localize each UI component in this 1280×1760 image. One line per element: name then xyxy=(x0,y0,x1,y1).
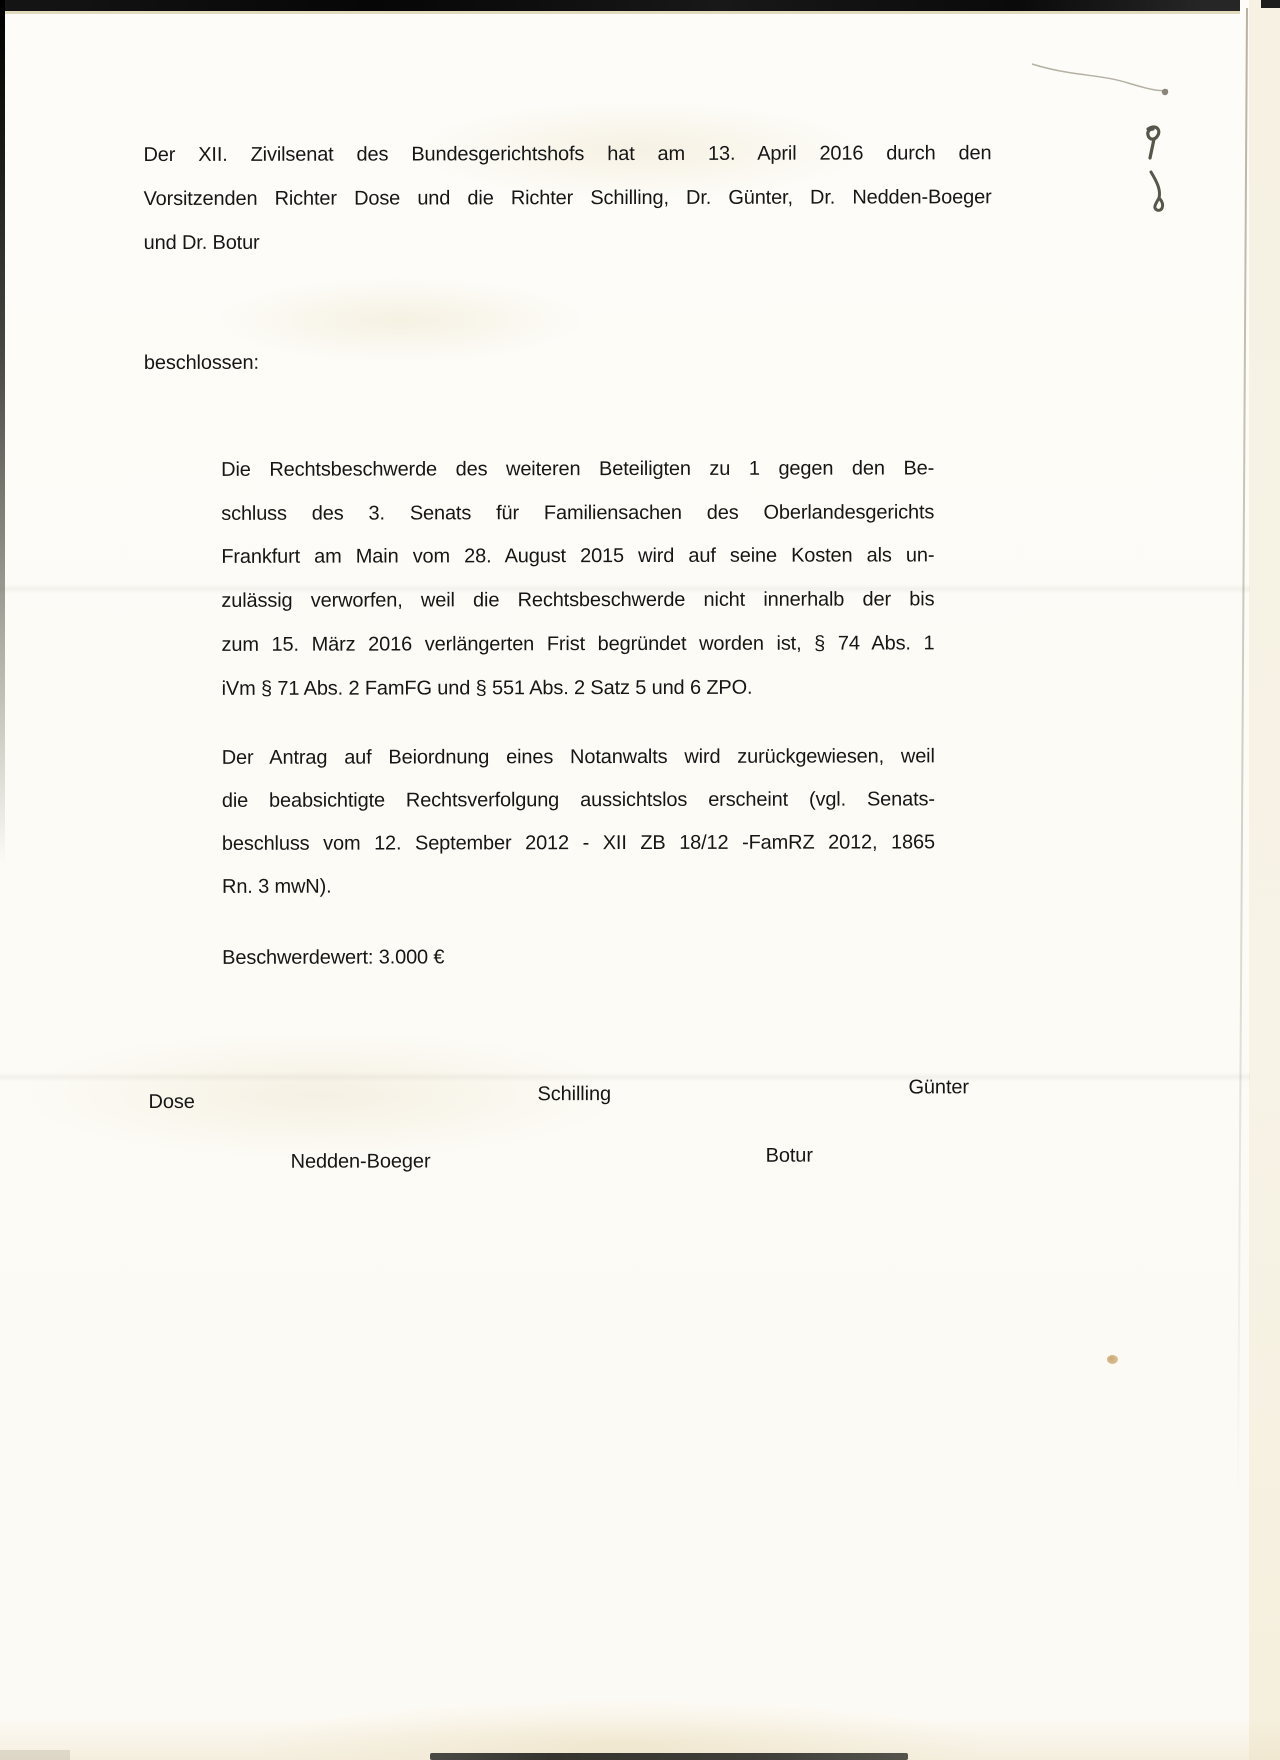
signature-schilling: Schilling xyxy=(537,1083,611,1106)
ruling-line: Der Antrag auf Beiordnung eines Notanwal… xyxy=(222,735,935,779)
ruling-line: zum 15. März 2016 verlängerten Frist beg… xyxy=(221,622,934,667)
ruling-line: Die Rechtsbeschwerde des weiteren Beteil… xyxy=(221,447,934,492)
bottom-left-smudge xyxy=(0,1750,70,1760)
signature-nedden-boeger: Nedden-Boeger xyxy=(291,1150,431,1173)
beschwerdewert-line: Beschwerdewert: 3.000 € xyxy=(222,935,935,979)
intro-line: und Dr. Botur xyxy=(144,219,992,265)
intro-paragraph: Der XII. Zivilsenat des Bundesgerichtsho… xyxy=(143,131,991,265)
ruling-line: iVm § 71 Abs. 2 FamFG und § 551 Abs. 2 S… xyxy=(222,666,935,711)
intro-line: Der XII. Zivilsenat des Bundesgerichtsho… xyxy=(143,131,991,177)
scratch-hairline-artifact xyxy=(1028,50,1178,102)
ruling-paragraph-2: Der Antrag auf Beiordnung eines Notanwal… xyxy=(222,735,935,908)
ruling-line: schluss des 3. Senats für Familiensachen… xyxy=(221,491,934,536)
signature-dose: Dose xyxy=(148,1091,194,1114)
ruling-line: Rn. 3 mwN). xyxy=(222,864,935,908)
document-content: Der XII. Zivilsenat des Bundesgerichtsho… xyxy=(0,0,1280,1760)
ruling-line: Frankfurt am Main vom 28. August 2015 wi… xyxy=(221,535,934,580)
ruling-line: zulässig verworfen, weil die Rechtsbesch… xyxy=(221,578,934,623)
pen-mark-1 xyxy=(1139,122,1167,170)
scanned-court-decision-page: Der XII. Zivilsenat des Bundesgerichtsho… xyxy=(0,0,1280,1760)
ruling-line: die beabsichtigte Rechtsverfolgung aussi… xyxy=(222,778,935,822)
stain-dot-artifact xyxy=(1107,1355,1118,1364)
signature-guenter: Günter xyxy=(908,1076,969,1099)
bottom-scan-bar xyxy=(430,1753,908,1760)
ruling-paragraph-1: Die Rechtsbeschwerde des weiteren Beteil… xyxy=(221,447,935,711)
ruling-line: beschluss vom 12. September 2012 - XII Z… xyxy=(222,821,935,865)
intro-line: Vorsitzenden Richter Dose und die Richte… xyxy=(144,175,992,221)
decision-label: beschlossen: xyxy=(144,341,259,385)
pen-mark-2 xyxy=(1144,168,1174,216)
signature-botur: Botur xyxy=(766,1145,813,1168)
